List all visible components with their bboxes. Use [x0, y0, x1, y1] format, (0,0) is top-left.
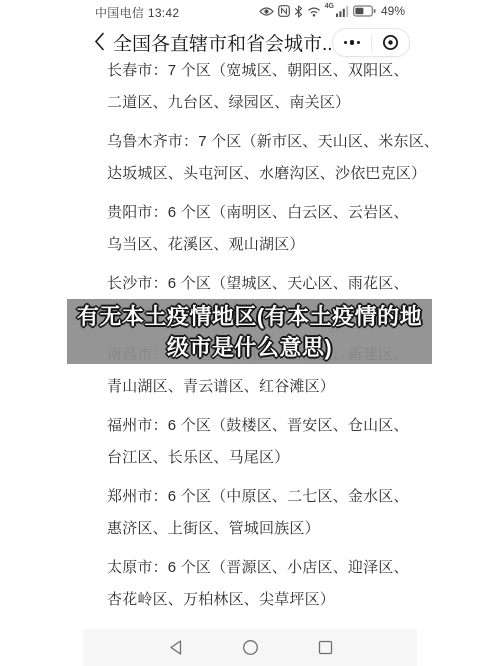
- city-entry: 太原市：6 个区（晋源区、小店区、迎泽区、杏花岭区、万柏林区、尖草坪区）: [107, 552, 437, 615]
- city-entry: 郑州市：6 个区（中原区、二七区、金水区、惠济区、上街区、管城回族区）: [107, 481, 437, 544]
- city-entry: 福州市：6 个区（鼓楼区、晋安区、仓山区、台江区、长乐区、马尾区）: [107, 410, 437, 473]
- recents-square-icon: [318, 640, 333, 655]
- city-entry-line: 太原市：6 个区（晋源区、小店区、迎泽区、: [107, 552, 437, 584]
- overlay-title-banner: 有无本土疫情地区(有本土疫情的地 级市是什么意思): [67, 299, 432, 364]
- city-entry: 乌鲁木齐市：7 个区（新市区、天山区、米东区、达坂城区、头屯河区、水磨沟区、沙依…: [107, 126, 437, 189]
- city-entry-line: 福州市：6 个区（鼓楼区、晋安区、仓山区、: [107, 410, 437, 442]
- city-entry-line: 乌当区、花溪区、观山湖区）: [107, 229, 437, 261]
- app-header: 全国各直辖市和省会城市...: [83, 22, 417, 59]
- bluetooth-icon: [294, 5, 303, 18]
- city-entry-line: 达坂城区、头屯河区、水磨沟区、沙依巴克区）: [107, 158, 437, 190]
- nfc-icon: [278, 5, 290, 17]
- signal-bars-icon: [336, 5, 349, 17]
- nav-back-button[interactable]: [166, 639, 184, 657]
- clock-label: 13:42: [148, 6, 180, 20]
- city-entry-line: 长沙市：6 个区（望城区、天心区、雨花区、: [107, 268, 437, 300]
- page-title: 全国各直辖市和省会城市...: [113, 29, 338, 56]
- status-icons: 4G 49%: [259, 3, 405, 19]
- close-button[interactable]: [372, 29, 410, 56]
- overlay-title-line: 有无本土疫情地区(有本土疫情的地: [77, 301, 422, 332]
- battery-icon: [353, 5, 376, 17]
- nav-recents-button[interactable]: [316, 639, 334, 657]
- city-entry-line: 二道区、九台区、绿园区、南关区）: [107, 87, 437, 119]
- battery-percent-label: 49%: [381, 4, 405, 18]
- miniprogram-capsule: [332, 28, 410, 57]
- screenshot-page: 中国电信 13:42 4G 49%: [0, 0, 500, 666]
- more-button[interactable]: [333, 29, 371, 56]
- network-4g-label: 4G: [325, 3, 334, 11]
- carrier-label: 中国电信: [95, 6, 144, 20]
- city-entry-line: 青山湖区、青云谱区、红谷滩区）: [107, 371, 437, 403]
- city-entry-line: 长春市：7 个区（宽城区、朝阳区、双阳区、: [107, 55, 437, 87]
- city-entry: 长春市：7 个区（宽城区、朝阳区、双阳区、二道区、九台区、绿园区、南关区）: [107, 55, 437, 118]
- status-bar: 中国电信 13:42 4G 49%: [83, 0, 417, 22]
- three-dots-icon: [344, 40, 360, 45]
- chevron-left-icon: [94, 32, 105, 51]
- city-entry-line: 台江区、长乐区、马尾区）: [107, 442, 437, 474]
- city-entry-line: 贵阳市：6 个区（南明区、白云区、云岩区、: [107, 197, 437, 229]
- carrier-and-time: 中国电信 13:42: [95, 4, 179, 21]
- back-triangle-icon: [168, 639, 183, 656]
- city-entry-line: 郑州市：6 个区（中原区、二七区、金水区、: [107, 481, 437, 513]
- target-circle-icon: [382, 34, 399, 51]
- city-entry-line: 杏花岭区、万柏林区、尖草坪区）: [107, 584, 437, 616]
- city-entry-line: 乌鲁木齐市：7 个区（新市区、天山区、米东区、: [107, 126, 437, 158]
- home-circle-icon: [242, 639, 259, 656]
- city-entry-line: 惠济区、上街区、管城回族区）: [107, 513, 437, 545]
- nav-home-button[interactable]: [241, 639, 259, 657]
- overlay-title-line: 级市是什么意思): [167, 332, 332, 363]
- city-entry: 贵阳市：6 个区（南明区、白云区、云岩区、乌当区、花溪区、观山湖区）: [107, 197, 437, 260]
- wifi-icon: [307, 6, 321, 17]
- android-nav-bar: [83, 629, 417, 666]
- eye-icon: [259, 6, 274, 17]
- back-button[interactable]: [86, 27, 112, 55]
